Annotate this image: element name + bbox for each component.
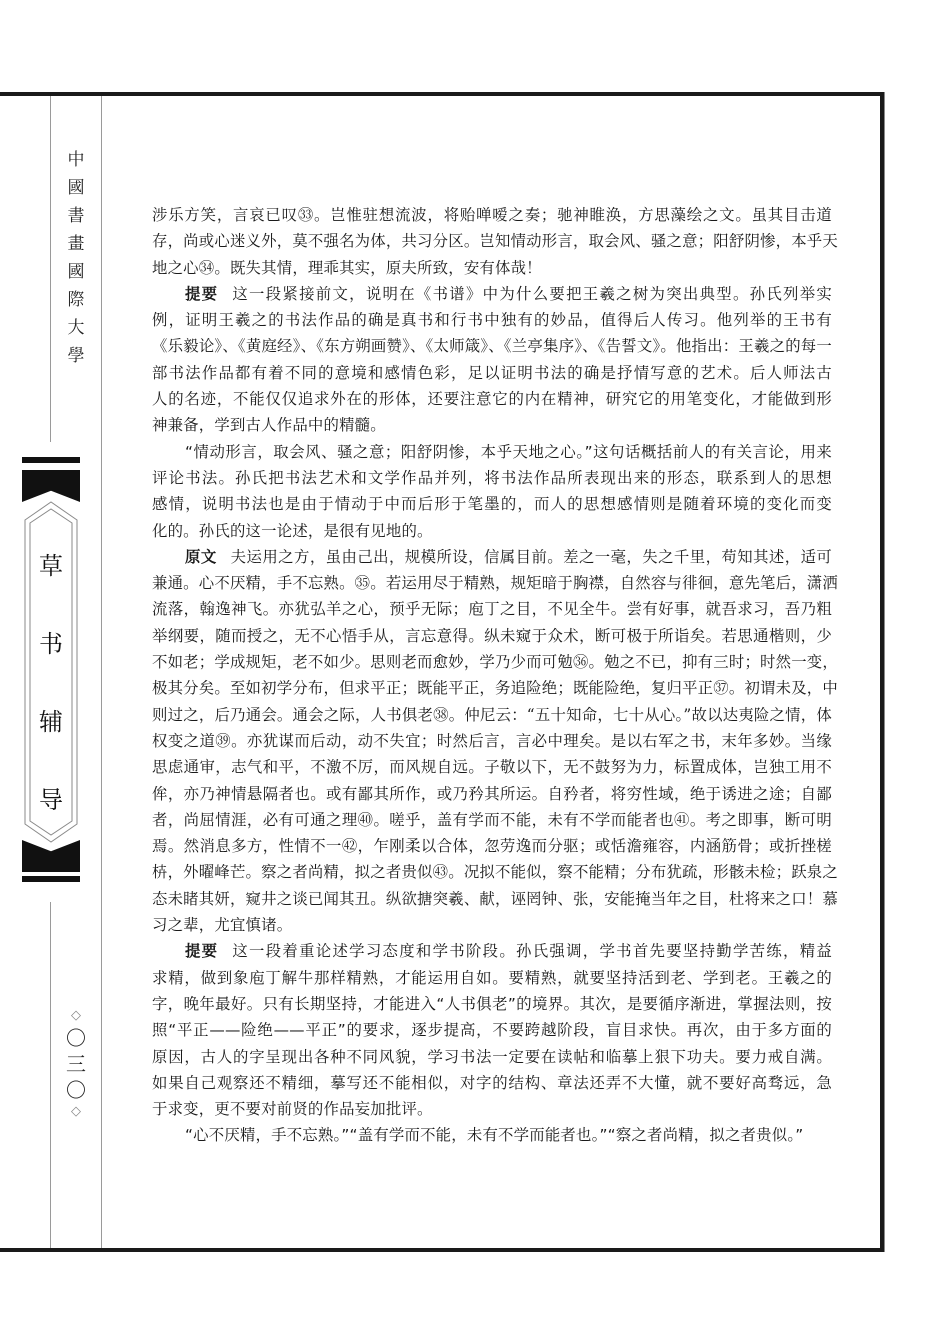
text-span: 这一段着重论述学习态度和学书阶段。孙氏强调，学书首先要坚持勤学苦练，精益 [232, 942, 832, 960]
summary-paragraph-1: 提要这一段紧接前文，说明在《书谱》中为什么要把王羲之树为突出典型。孙氏列举实 例… [152, 281, 832, 439]
text-line: 人的名迹，不能仅仅追求外在的形体，还要注意它的内在精神，研究它的用笔变化，才能做… [152, 386, 832, 412]
diamond-ornament-icon: ◇ [71, 1008, 81, 1024]
summary-label: 提要 [185, 942, 218, 960]
text-line: 原文夫运用之方，虽由己出，规模所设，信属目前。差之一毫，失之千里，苟知其述，适可 [152, 544, 832, 570]
text-line: 部书法作品都有着不同的意境和感情色彩，足以证明书法的确是抒情写意的艺术。后人师法… [152, 360, 832, 386]
page-body: 涉乐方笑，言哀已叹㉝。岂惟驻想流波，将贻啴嗳之奏；驰神睢涣，方思藻绘之文。虽其目… [152, 202, 832, 1149]
text-line: 提要这一段紧接前文，说明在《书谱》中为什么要把王羲之树为突出典型。孙氏列举实 [152, 281, 832, 307]
publisher-char: 國 [68, 262, 85, 282]
text-line: 于求变，更不要对前贤的作品妄加批评。 [152, 1096, 832, 1122]
book-title-char: 书 [39, 631, 63, 657]
text-line: 例，证明王羲之的书法作品的确是真书和行书中独有的妙品，值得后人传习。他列举的王书… [152, 307, 832, 333]
publisher-char: 畫 [68, 234, 85, 254]
book-title-char: 草 [39, 553, 63, 579]
page-number-digit: 〇 [66, 1078, 86, 1102]
text-line: 照“平正——险绝——平正”的要求，逐步提高，不要跨越阶段，盲目求快。再次，由于多… [152, 1017, 832, 1043]
publisher-char: 國 [68, 178, 85, 198]
text-line: 习之辈，尤宜慎诸。 [152, 912, 832, 938]
text-line: 原因，古人的字呈现出各种不同风貌，学习书法一定要在读帖和临摹上狠下功夫。要力戒自… [152, 1044, 832, 1070]
spine-inner-rule [101, 96, 102, 1248]
book-title-char: 辅 [39, 709, 63, 735]
text-line: 神兼备，学到古人作品中的精髓。 [152, 412, 832, 438]
text-line: 极其分矣。至如初学分布，但求平正；既能平正，务追险绝；既能险绝，复归平正㊲。初谓… [152, 675, 832, 701]
text-line: 者，尚屈情涯，必有可通之理㊵。嗟乎，盖有学而不能，未有不学而能者也㊶。考之即事，… [152, 807, 832, 833]
page-number-digit: 三 [66, 1052, 86, 1076]
text-line: 态未睹其妍，窥井之谈已闻其丑。纵欲搪突羲、献，诬罔钟、张，安能掩当年之目，杜将来… [152, 886, 832, 912]
page-frame-top-rule [0, 92, 884, 96]
text-line: 《乐毅论》、《黄庭经》、《东方朔画赞》、《太师箴》、《兰亭集序》、《告誓文》。他… [152, 333, 832, 359]
text-line: 提要这一段着重论述学习态度和学书阶段。孙氏强调，学书首先要坚持勤学苦练，精益 [152, 938, 832, 964]
publisher-char: 大 [68, 318, 85, 338]
commentary-paragraph-1: “情动形言，取会风、骚之意；阳舒阴惨，本乎天地之心。”这句话概括前人的有关言论，… [152, 439, 832, 544]
book-title-vertical: 草 书 辅 导 [24, 553, 78, 813]
text-span: 这一段紧接前文，说明在《书谱》中为什么要把王羲之树为突出典型。孙氏列举实 [232, 285, 832, 303]
page-number: ◇ 〇 三 〇 ◇ [64, 1008, 88, 1120]
publisher-char: 學 [68, 346, 85, 366]
text-line: 兼通。心不厌精，手不忘熟。㉟。若运用尽于精熟，规矩暗于胸襟，自然容与徘徊，意先笔… [152, 570, 832, 596]
text-line: 侔，亦乃神情悬隔者也。或有鄙其所作，或乃矜其所运。自矜者，将穷性域，绝于诱进之途… [152, 781, 832, 807]
spine-outer-rule-lower [50, 902, 51, 1248]
text-line: 流落，翰逸神飞。亦犹弘羊之心，预乎无际；庖丁之目，不见全牛。尝有好事，就吾求习，… [152, 596, 832, 622]
book-title-char: 导 [39, 787, 63, 813]
ribbon-bottom-bar [22, 876, 80, 882]
summary-paragraph-2: 提要这一段着重论述学习态度和学书阶段。孙氏强调，学书首先要坚持勤学苦练，精益 求… [152, 938, 832, 1122]
original-text-paragraph-2: 原文夫运用之方，虽由己出，规模所设，信属目前。差之一毫，失之千里，苟知其述，适可… [152, 544, 832, 938]
text-line: 不如老；学成规矩，老不如少。思则老而愈妙，学乃少而可勉㊱。勉之不已，抑有三时；时… [152, 649, 832, 675]
text-line: 则过之，后乃通会。通会之际，人书俱老㊳。仲尼云：“五十知命，七十从心。”故以达夷… [152, 702, 832, 728]
publisher-vertical-title: 中 國 書 畫 國 際 大 學 [64, 150, 88, 366]
book-title-panel: 草 书 辅 导 [24, 498, 78, 846]
text-line: 思虑通审，志气和平，不激不厉，而风规自远。子敬以下，无不鼓努为力，标置成体，岂独… [152, 754, 832, 780]
page-frame-right-rule [880, 92, 884, 1252]
ribbon-top-bar [22, 457, 80, 463]
summary-label: 提要 [185, 285, 218, 303]
diamond-ornament-icon: ◇ [71, 1104, 81, 1120]
text-line: “心不厌精，手不忘熟。”“盖有学而不能，未有不学而能者也。”“察之者尚精，拟之者… [152, 1122, 832, 1148]
text-line: 存，尚或心迷义外，莫不强名为体，共习分区。岂知情动形言，取会风、骚之意；阳舒阴惨… [152, 228, 832, 254]
publisher-char: 際 [68, 290, 85, 310]
publisher-char: 書 [68, 206, 85, 226]
text-line: 焉。然消息多方，性情不一㊷，乍刚柔以合体，忽劳逸而分驱；或恬澹雍容，内涵筋骨；或… [152, 833, 832, 859]
text-line: 权变之道㊴。亦犹谋而后动，动不失宜；时然后言，言必中理矣。是以右军之书，末年多妙… [152, 728, 832, 754]
page-number-digit: 〇 [66, 1026, 86, 1050]
text-line: 求精，做到象庖丁解牛那样精熟，才能运用自如。要精熟，就要坚持活到老、学到老。王羲… [152, 965, 832, 991]
text-line: 评论书法。孙氏把书法艺术和文学作品并列，将书法作品所表现出来的形态，联系到人的思… [152, 465, 832, 491]
text-line: 地之心㉞。既失其情，理乖其实，原夫所致，安有体哉！ [152, 255, 832, 281]
key-quotes-paragraph: “心不厌精，手不忘熟。”“盖有学而不能，未有不学而能者也。”“察之者尚精，拟之者… [152, 1122, 832, 1148]
text-line: 字，晚年最好。只有长期坚持，才能进入“人书俱老”的境界。其次，是要循序渐进，掌握… [152, 991, 832, 1017]
original-text-continuation: 涉乐方笑，言哀已叹㉝。岂惟驻想流波，将贻啴嗳之奏；驰神睢涣，方思藻绘之文。虽其目… [152, 202, 832, 281]
original-text-label: 原文 [185, 548, 217, 566]
text-line: 枿，外曜峰芒。察之者尚精，拟之者贵似㊸。况拟不能似，察不能精；分布犹疏，形骸未检… [152, 859, 832, 885]
text-line: “情动形言，取会风、骚之意；阳舒阴惨，本乎天地之心。”这句话概括前人的有关言论，… [152, 439, 832, 465]
spine-outer-rule-upper [50, 96, 51, 442]
text-span: 夫运用之方，虽由己出，规模所设，信属目前。差之一毫，失之千里，苟知其述，适可 [231, 548, 832, 566]
page-frame-bottom-rule [0, 1248, 884, 1252]
text-line: 举纲要，随而授之，无不心悟手从，言忘意得。纵未窥于众术，断可极于所诣矣。若思通楷… [152, 623, 832, 649]
publisher-char: 中 [68, 150, 85, 170]
text-line: 涉乐方笑，言哀已叹㉝。岂惟驻想流波，将贻啴嗳之奏；驰神睢涣，方思藻绘之文。虽其目… [152, 202, 832, 228]
text-line: 感情，说明书法也是由于情动于中而后形于笔墨的，而人的思想感情则是随着环境的变化而… [152, 491, 832, 517]
text-line: 如果自己观察还不精细，摹写还不能相似，对字的结构、章法还弄不大懂，就不要好高骛远… [152, 1070, 832, 1096]
text-line: 化的。孙氏的这一论述，是很有见地的。 [152, 518, 832, 544]
